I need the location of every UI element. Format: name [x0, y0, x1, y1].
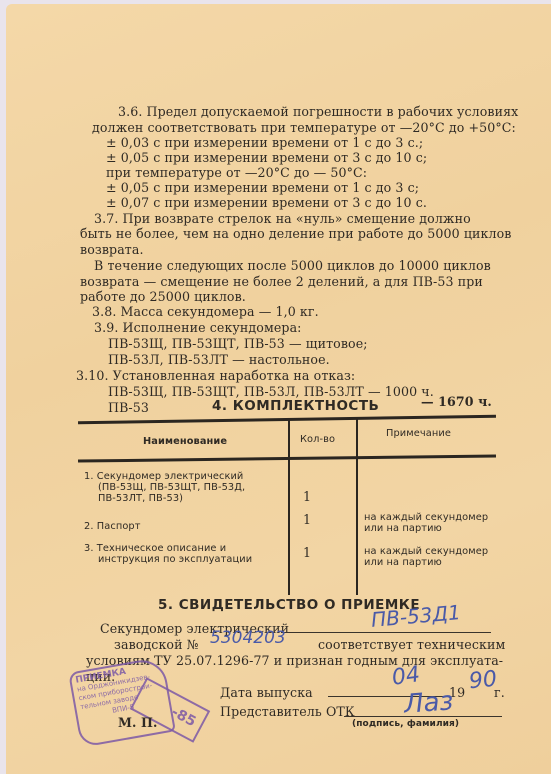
- row2-note-line2: или на партию: [364, 523, 442, 534]
- row1-name-line1: 1. Секундомер электрический: [84, 471, 243, 482]
- col-header-note: Примечание: [386, 428, 451, 439]
- p3-6-line3: ± 0,03 с при измерении времени от 1 с до…: [106, 135, 423, 150]
- p3-9-line3: ПВ-53Л, ПВ-53ЛТ — настольное.: [108, 352, 330, 367]
- p3-6-line7: ± 0,07 с при измерении времени от 3 с до…: [106, 195, 427, 210]
- col-header-qty: Кол-во: [300, 434, 335, 445]
- p3-7-line3: возврата.: [80, 242, 144, 257]
- row1-qty: 1: [303, 489, 311, 504]
- row2-note-line1: на каждый секундомер: [364, 512, 488, 523]
- row1-name-line3: ПВ-53ЛТ, ПВ-53): [98, 493, 183, 504]
- p3-10-line2: ПВ-53Щ, ПВ-53ЩТ, ПВ-53Л, ПВ-53ЛТ — 1000 …: [108, 384, 434, 399]
- section4-title: 4. КОМПЛЕКТНОСТЬ: [212, 398, 379, 414]
- secondary-stamp-text: -85: [169, 704, 199, 730]
- p3-6-line6: ± 0,05 с при измерении времени от 1 с до…: [106, 180, 419, 195]
- p3-7-line1: 3.7. При возврате стрелок на «нуль» смещ…: [94, 211, 471, 226]
- stamp-mp-label: М. П.: [118, 715, 158, 730]
- release-month-handwritten: 04: [390, 662, 421, 691]
- serial-label: заводской №: [114, 637, 199, 652]
- table-col-divider-2: [356, 418, 358, 595]
- p3-8: 3.8. Масса секундомера — 1,0 кг.: [92, 304, 319, 319]
- serial-handwritten: 5304203: [210, 628, 286, 648]
- p3-9-line1: 3.9. Исполнение секундомера:: [94, 320, 302, 335]
- year-suffix: г.: [494, 685, 505, 700]
- p3-6-line2: должен соответствовать при температуре о…: [92, 120, 516, 135]
- table-col-divider-1: [288, 420, 290, 595]
- row2-name: 2. Паспорт: [84, 521, 141, 532]
- otk-label: Представитель ОТК: [220, 704, 355, 719]
- p3-7-line4: В течение следующих после 5000 циклов до…: [94, 258, 491, 273]
- p3-6-line4: ± 0,05 с при измерении времени от 3 с до…: [106, 150, 427, 165]
- otk-signature: Лаз: [403, 686, 454, 719]
- device-fill-line: [281, 632, 491, 633]
- p3-10-line3-model: ПВ-53: [108, 400, 149, 415]
- conforms-text: соответствует техническим: [318, 637, 505, 652]
- p3-7-line5: возврата — смещение не более 2 делений, …: [80, 274, 483, 289]
- row1-name-line2: (ПВ-53Щ, ПВ-53ЩТ, ПВ-53Д,: [98, 482, 245, 493]
- row2-qty: 1: [303, 512, 311, 527]
- row3-name-line2: инструкция по эксплуатации: [98, 554, 252, 565]
- col-header-name: Наименование: [143, 436, 227, 447]
- table-header-rule: [78, 454, 496, 462]
- p3-9-line2: ПВ-53Щ, ПВ-53ЩТ, ПВ-53 — щитовое;: [108, 336, 368, 351]
- row3-qty: 1: [303, 545, 311, 560]
- p3-6-line1: 3.6. Предел допускаемой погрешности в ра…: [118, 104, 518, 119]
- row3-note-line1: на каждый секундомер: [364, 546, 488, 557]
- release-date-label: Дата выпуска: [220, 685, 313, 700]
- p3-6-line5: при температуре от —20°С до — 50°С:: [106, 165, 367, 180]
- row3-note-line2: или на партию: [364, 557, 442, 568]
- p3-7-line6: работе до 25000 циклов.: [80, 289, 246, 304]
- p3-10-line1: 3.10. Установленная наработка на отказ:: [76, 368, 355, 383]
- document-page: 3.6. Предел допускаемой погрешности в ра…: [6, 4, 551, 774]
- table-top-rule: [78, 415, 496, 425]
- p3-10-line3-value: — 1670 ч.: [421, 394, 492, 409]
- row3-name-line1: 3. Техническое описание и: [84, 543, 226, 554]
- signature-caption: (подпись, фамилия): [352, 719, 459, 729]
- p3-7-line2: быть не более, чем на одно деление при р…: [80, 226, 512, 241]
